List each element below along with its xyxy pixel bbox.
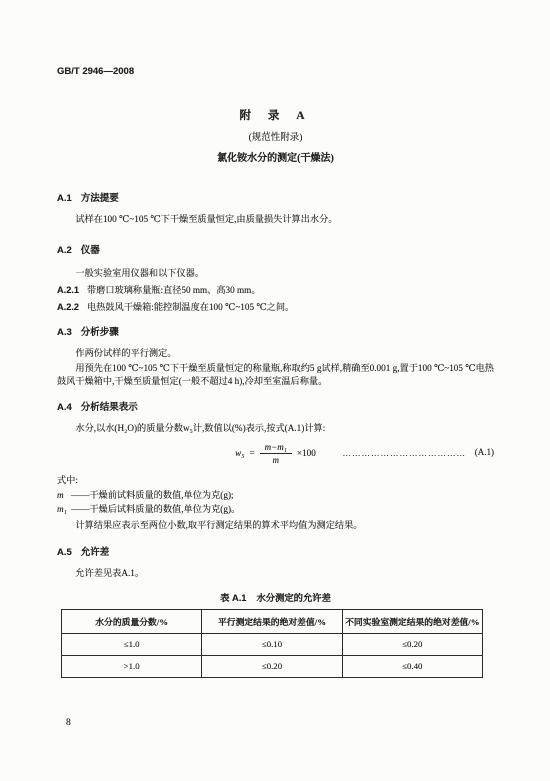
page-number: 8 [66,718,71,728]
section-a5-heading: A.5允许差 [57,544,494,558]
clause-a2-1-text: 带磨口玻璃称量瓶:直径50 mm、高30 mm。 [87,285,261,295]
formula-numerator: m−m₁ [260,442,292,454]
formula-times-100: ×100 [297,448,316,458]
table-header-row: 水分的质量分数/% 平行测定结果的绝对差值/% 不同实验室测定结果的绝对差值/% [62,609,483,633]
table-row: ≤1.0 ≤0.10 ≤0.20 [62,633,483,655]
formula-definition-m: m——干燥前试料质量的数值,单位为克(g); [57,489,494,502]
table-cell: ≤0.10 [202,633,342,655]
table-header-parallel-diff: 平行测定结果的绝对差值/% [202,609,342,633]
symbol-m: m [57,489,71,502]
clause-a2-2: A.2.2电热鼓风干燥箱:能控制温度在100 ℃~105 ℃之间。 [57,301,494,315]
doc-number: GB/T 2946—2008 [57,66,494,77]
section-a2-number: A.2 [57,245,72,256]
table-row: >1.0 ≤0.20 ≤0.40 [62,655,483,677]
symbol-m-dash: —— [71,490,89,500]
formula-denominator: m [260,454,292,465]
formula-fraction: m−m₁ m [260,442,292,465]
document-page: GB/T 2946—2008 附 录 A (规范性附录) 氯化铵水分的测定(干燥… [0,0,550,781]
formula-equals: = [249,448,254,458]
formula-dot-leader: ………………………………… [343,448,467,458]
table-cell: >1.0 [62,655,202,677]
section-a5-number: A.5 [57,547,72,558]
clause-a2-1-number: A.2.1 [57,285,79,295]
formula-lhs: w₅ [235,448,244,458]
clause-a2-1: A.2.1带磨口玻璃称量瓶:直径50 mm、高30 mm。 [57,284,494,298]
table-cell: ≤0.40 [342,655,482,677]
section-a3-heading: A.3分析步骤 [57,324,494,338]
table-a1-caption: 表 A.1水分测定的允许差 [57,590,494,604]
section-a5-paragraph: 允许差见表A.1。 [57,567,494,581]
section-a4-paragraph: 水分,以水(H₂O)的质量分数w₅计,数值以(%)表示,按式(A.1)计算: [57,422,494,436]
section-a4-number: A.4 [57,402,72,413]
section-a3-number: A.3 [57,327,72,338]
section-a1-title: 方法提要 [81,193,119,204]
appendix-title: 附 录 A [57,107,494,123]
section-a5-title: 允许差 [81,547,110,558]
section-a4-heading: A.4分析结果表示 [57,399,494,413]
section-a1-number: A.1 [57,193,72,204]
symbol-m1-dash: —— [71,504,89,514]
table-cell: ≤0.20 [202,655,342,677]
appendix-method-title: 氯化铵水分的测定(干燥法) [57,149,494,164]
section-a2-paragraph: 一般实验室用仪器和以下仪器。 [57,267,494,281]
table-a1-caption-number: 表 A.1 [220,593,246,603]
section-a4-title: 分析结果表示 [81,402,138,413]
appendix-normative-label: (规范性附录) [57,129,494,143]
table-cell: ≤0.20 [342,633,482,655]
table-header-moisture: 水分的质量分数/% [62,609,202,633]
formula-where-label: 式中: [57,474,494,488]
table-a1-caption-text: 水分测定的允许差 [256,593,330,603]
section-a3-paragraph-2: 用预先在100 ℃~105 ℃下干燥至质量恒定的称量瓶,称取约5 g试样,精确至… [57,362,494,389]
table-a1: 水分的质量分数/% 平行测定结果的绝对差值/% 不同实验室测定结果的绝对差值/%… [61,609,483,678]
appendix-title-block: 附 录 A (规范性附录) 氯化铵水分的测定(干燥法) [57,107,494,164]
section-a2-title: 仪器 [81,245,100,256]
page-content: GB/T 2946—2008 附 录 A (规范性附录) 氯化铵水分的测定(干燥… [57,0,494,678]
clause-a2-2-text: 电热鼓风干燥箱:能控制温度在100 ℃~105 ℃之间。 [87,302,294,312]
table-header-interlab-diff: 不同实验室测定结果的绝对差值/% [342,609,482,633]
clause-a2-2-number: A.2.2 [57,302,79,312]
section-a3-paragraph-1: 作两份试样的平行测定。 [57,347,494,361]
formula-equation-number: (A.1) [475,447,494,457]
section-a2-heading: A.2仪器 [57,242,494,256]
symbol-m1: m₁ [57,503,71,516]
section-a1-heading: A.1方法提要 [57,190,494,204]
section-a4-note: 计算结果应表示至两位小数,取平行测定结果的算术平均值为测定结果。 [57,519,494,533]
symbol-m1-text: 干燥后试料质量的数值,单位为克(g)。 [89,504,240,514]
symbol-m-text: 干燥前试料质量的数值,单位为克(g); [89,490,233,500]
section-a3-title: 分析步骤 [81,327,119,338]
section-a1-paragraph: 试样在100 ℃~105 ℃下干燥至质量恒定,由质量损失计算出水分。 [57,213,494,227]
table-cell: ≤1.0 [62,633,202,655]
formula-a1: w₅ = m−m₁ m ×100 ………………………………… (A.1) [57,440,494,466]
formula-definition-m1: m₁——干燥后试料质量的数值,单位为克(g)。 [57,503,494,516]
